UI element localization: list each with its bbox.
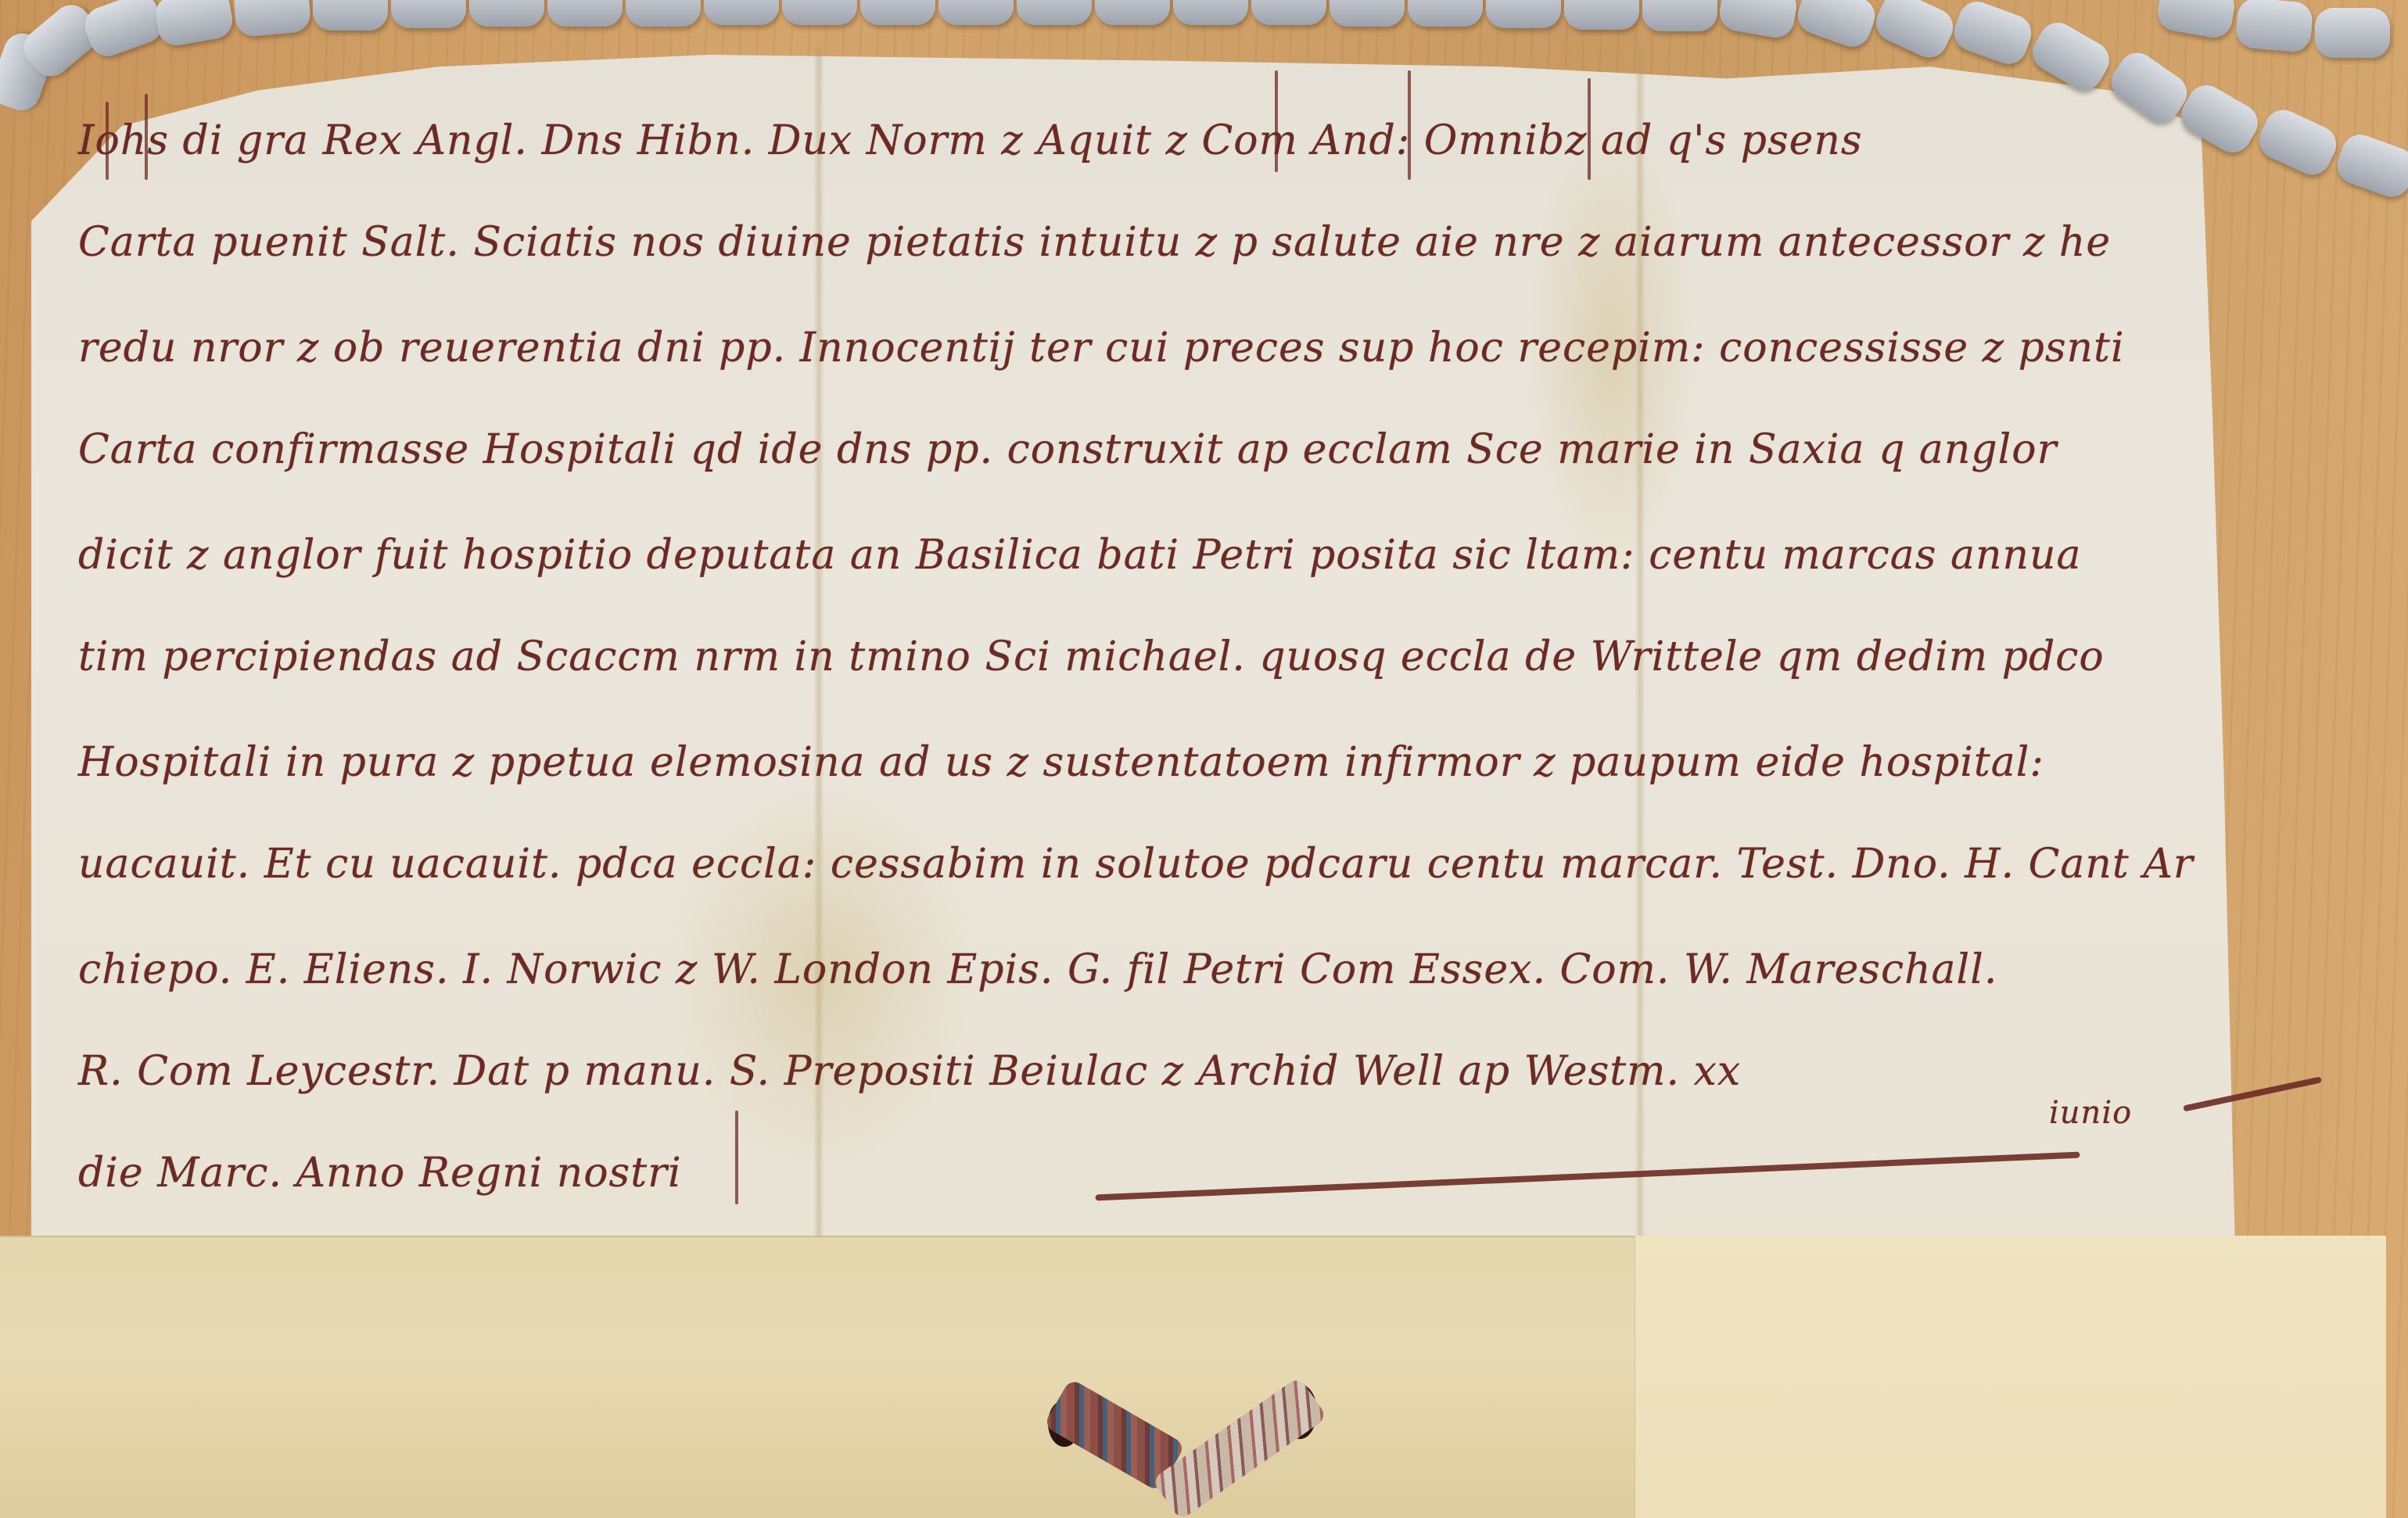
ascender-stroke [1588, 78, 1591, 180]
date-suffix: iunio [2049, 1095, 2132, 1131]
charter-line-10: R. Com Leycestr. Dat p manu. S. Preposit… [78, 1048, 1741, 1095]
charter-line-9: chiepo. E. Eliens. I. Norwic z W. London… [78, 946, 1997, 993]
charter-line-1: Iohs di gra Rex Angl. Dns Hibn. Dux Norm… [78, 117, 1863, 164]
ascender-stroke [145, 94, 148, 180]
plica-fold-right [1635, 1236, 2386, 1518]
charter-line-6: tim percipiendas ad Scaccm nrm in tmino … [78, 633, 2105, 680]
ascender-stroke [1408, 70, 1411, 180]
charter-line-2: Carta puenit Salt. Sciatis nos diuine pi… [78, 219, 2111, 266]
charter-line-7: Hospitali in pura z ppetua elemosina ad … [78, 739, 2044, 786]
charter-line-8: uacauit. Et cu uacauit. pdca eccla: cess… [78, 841, 2194, 888]
ascender-stroke [735, 1111, 738, 1204]
charter-line-5: dicit z anglor fuit hospitio deputata an… [78, 532, 2081, 579]
ascender-stroke [106, 102, 109, 180]
charter-line-3: redu nror z ob reuerentia dni pp. Innoce… [78, 325, 2125, 371]
ascender-stroke [1275, 70, 1278, 172]
charter-line-4: Carta confirmasse Hospitali qd ide dns p… [78, 426, 2057, 473]
charter-line-11: die Marc. Anno Regni nostri [78, 1150, 682, 1197]
